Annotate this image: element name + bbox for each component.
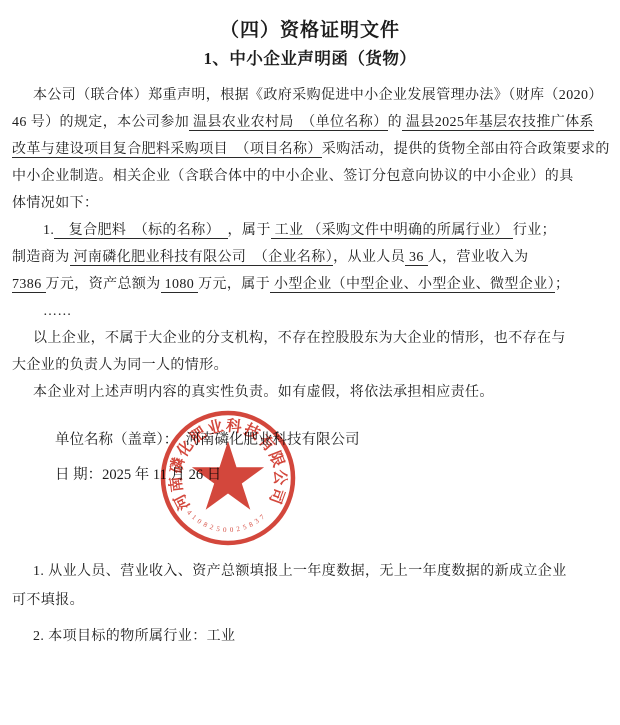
text-segment: 万元，属于 bbox=[198, 277, 270, 292]
filled-blank: 工业 （采购文件中明确的所属行业） bbox=[271, 223, 513, 239]
filled-blank: 温县农业农村局 （单位名称） bbox=[189, 115, 388, 131]
text-line: 单位名称（盖章）： 河南磷化肥业科技有限公司 bbox=[55, 427, 608, 454]
text-segment: 体情况如下： bbox=[12, 196, 98, 211]
signature-block: 单位名称（盖章）： 河南磷化肥业科技有限公司日 期：2025 年 11 月 26… bbox=[55, 427, 608, 489]
text-segment: 本公司（联合体）郑重声明，根据《政府采购促进中小企业发展管理办法》（财库（202… bbox=[33, 88, 603, 103]
text-line: 本企业对上述声明内容的真实性负责。如有虚假，将依法承担相应责任。 bbox=[12, 379, 608, 406]
text-line: 中小企业制造。相关企业（含联合体中的中小企业、签订分包意向协议的中小企业）的具 bbox=[12, 163, 608, 190]
filled-blank: 复合肥料 （标的名称） bbox=[54, 223, 227, 239]
page-title: （四）资格证明文件 bbox=[0, 18, 620, 44]
filled-blank: 改革与建设项目复合肥料采购项目 （项目名称） bbox=[12, 142, 322, 158]
text-segment: 采购活动，提供的货物全部由符合政策要求的 bbox=[322, 142, 610, 157]
filled-blank: 河南磷化肥业科技有限公司 （企业名称） bbox=[70, 250, 334, 266]
text-line: 大企业的负责人为同一人的情形。 bbox=[12, 352, 608, 379]
text-segment: 单位名称（盖章）： 河南磷化肥业科技有限公司 bbox=[55, 432, 360, 448]
text-segment: 的 bbox=[388, 115, 402, 130]
document-page: （四）资格证明文件 1、中小企业声明函（货物） 本公司（联合体）郑重声明，根据《… bbox=[0, 0, 620, 725]
filled-blank: 1080 bbox=[161, 277, 198, 293]
text-segment: 1. bbox=[43, 223, 54, 238]
text-segment: ，属于 bbox=[228, 223, 271, 238]
text-line: 以上企业，不属于大企业的分支机构，不存在控股股东为大企业的情形，也不存在与 bbox=[12, 325, 608, 352]
filled-blank: 7386 bbox=[12, 277, 46, 293]
seal-serial-number: 4108250025837 bbox=[185, 509, 267, 534]
text-segment: 中小企业制造。相关企业（含联合体中的中小企业、签订分包意向协议的中小企业）的具 bbox=[12, 169, 574, 184]
text-line: 本公司（联合体）郑重声明，根据《政府采购促进中小企业发展管理办法》（财库（202… bbox=[12, 82, 608, 109]
text-segment: 2. 本项目标的物所属行业：工业 bbox=[33, 629, 235, 644]
filled-blank: 36 bbox=[405, 250, 428, 266]
text-line: 2. 本项目标的物所属行业：工业 bbox=[12, 622, 608, 651]
text-line: 日 期：2025 年 11 月 26 日 bbox=[55, 462, 608, 489]
text-segment: 可不填报。 bbox=[12, 593, 84, 608]
text-segment: 1. 从业人员、营业收入、资产总额填报上一年度数据，无上一年度数据的新成立企业 bbox=[33, 564, 567, 579]
text-segment: ； bbox=[555, 277, 569, 292]
text-segment: 大企业的负责人为同一人的情形。 bbox=[12, 358, 228, 373]
text-line: 制造商为 河南磷化肥业科技有限公司 （企业名称），从业人员 36 人，营业收入为 bbox=[12, 244, 608, 271]
text-line: 可不填报。 bbox=[12, 586, 608, 615]
text-segment: 日 期：2025 年 11 月 26 日 bbox=[55, 467, 221, 483]
title-block: （四）资格证明文件 1、中小企业声明函（货物） bbox=[0, 0, 620, 72]
text-segment: …… bbox=[43, 304, 72, 319]
text-line: 7386 万元，资产总额为 1080 万元，属于 小型企业（中型企业、小型企业、… bbox=[12, 271, 608, 298]
text-line: 体情况如下： bbox=[12, 190, 608, 217]
text-segment: ，从业人员 bbox=[333, 250, 405, 265]
text-segment: 人，营业收入为 bbox=[428, 250, 529, 265]
text-segment: 行业； bbox=[513, 223, 556, 238]
text-segment: 以上企业，不属于大企业的分支机构，不存在控股股东为大企业的情形，也不存在与 bbox=[33, 331, 566, 346]
declaration-body: 本公司（联合体）郑重声明，根据《政府采购促进中小企业发展管理办法》（财库（202… bbox=[12, 82, 608, 406]
text-segment: 万元，资产总额为 bbox=[46, 277, 161, 292]
filled-blank: 温县2025年基层农技推广体系 bbox=[402, 115, 594, 131]
footnotes: 1. 从业人员、营业收入、资产总额填报上一年度数据，无上一年度数据的新成立企业可… bbox=[12, 557, 608, 651]
text-segment: 本企业对上述声明内容的真实性负责。如有虚假，将依法承担相应责任。 bbox=[33, 385, 494, 400]
text-line: …… bbox=[12, 298, 608, 325]
text-line: 改革与建设项目复合肥料采购项目 （项目名称）采购活动，提供的货物全部由符合政策要… bbox=[12, 136, 608, 163]
seal-serial-holder: 4108250025837 bbox=[185, 509, 267, 534]
text-segment: 制造商为 bbox=[12, 250, 70, 265]
text-line: 46 号）的规定，本公司参加 温县农业农村局 （单位名称）的 温县2025年基层… bbox=[12, 109, 608, 136]
page-subtitle: 1、中小企业声明函（货物） bbox=[0, 46, 620, 72]
text-line: 1. 从业人员、营业收入、资产总额填报上一年度数据，无上一年度数据的新成立企业 bbox=[12, 557, 608, 586]
text-segment: 46 号）的规定，本公司参加 bbox=[12, 115, 189, 130]
filled-blank: 小型企业（中型企业、小型企业、微型企业） bbox=[270, 277, 555, 293]
text-line: 1. 复合肥料 （标的名称） ，属于 工业 （采购文件中明确的所属行业） 行业； bbox=[12, 217, 608, 244]
